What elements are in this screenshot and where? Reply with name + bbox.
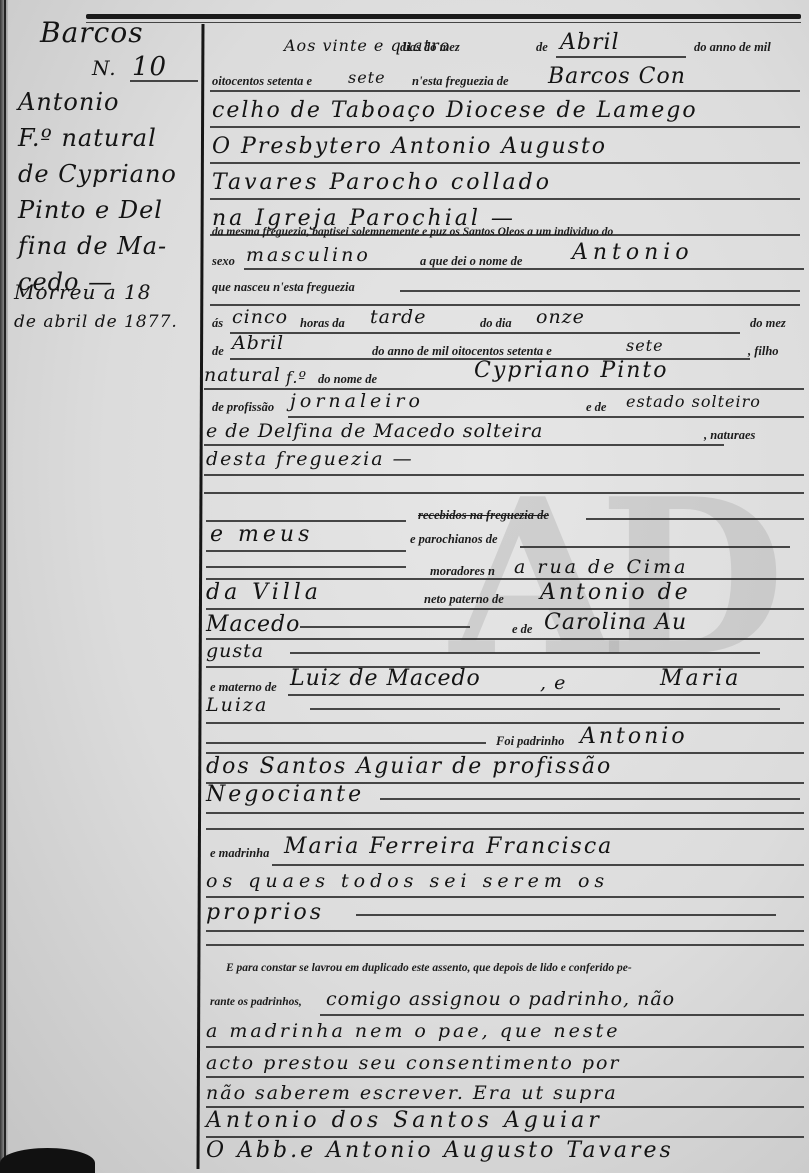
rule-23b: [206, 722, 804, 724]
top-border-thin-rule: [86, 22, 801, 23]
signing-statement-2: a madrinha nem o pae, que neste: [206, 1020, 621, 1042]
signing-statement-1: comigo assignou o padrinho, não: [326, 988, 675, 1010]
print-do-anno-de-mil: do anno de mil: [694, 40, 771, 55]
print-oitocentos: oitocentos setenta e: [212, 74, 312, 89]
concelho-diocese: celho de Taboaço Diocese de Lamego: [212, 98, 698, 123]
rule-19: [206, 608, 804, 610]
print-foi-padrinho: Foi padrinho: [496, 734, 564, 749]
period-written: tarde: [370, 306, 426, 328]
rule-10: [230, 332, 740, 334]
print-de-profissao: de profissão: [212, 400, 274, 415]
rule-14: [204, 444, 724, 446]
rule-15b: [204, 492, 804, 494]
print-do-mez: do mez: [750, 316, 786, 331]
rule-24a: [206, 742, 486, 744]
rule-17c: [206, 566, 406, 568]
day-of-birth-written: onze: [536, 306, 585, 328]
print-moradores: moradores n: [430, 564, 495, 579]
print-de-2: de: [212, 344, 224, 359]
print-anno-setenta: do anno de mil oitocentos setenta e: [372, 344, 552, 359]
paternal-grandmother-written: Carolina Au: [544, 610, 687, 635]
rule-17a: [206, 550, 406, 552]
month-of-birth-written: Abril: [232, 332, 284, 354]
signing-statement-4: não saberem escrever. Era ut supra: [206, 1082, 618, 1104]
residence-written: a rua de Cima: [514, 556, 688, 578]
rule-17b: [520, 546, 790, 548]
rule-2: [210, 90, 800, 92]
maternal-grandmother-cont: Luiza: [206, 694, 268, 716]
priest-signature: O Abb.e Antonio Augusto Tavares: [206, 1138, 674, 1163]
godfather-cont-written: dos Santos Aguiar de profissão: [206, 754, 612, 779]
rule-9b: [210, 304, 800, 306]
rule-16b: [586, 518, 804, 520]
print-as: ás: [212, 316, 223, 331]
natural-written: natural: [204, 364, 281, 386]
margin-line-3: de Cypriano: [18, 160, 177, 188]
print-sexo: sexo: [212, 254, 235, 269]
rule-23a: [310, 708, 780, 710]
rule-21a: [290, 652, 760, 654]
month-line: [556, 56, 686, 58]
print-naturaes: , naturaes: [704, 428, 755, 443]
godmother-written: Maria Ferreira Francisca: [284, 834, 613, 859]
residence-cont-written: da Villa: [206, 580, 322, 605]
paternal-grandfather-written: Antonio de: [540, 580, 691, 605]
rule-22: [288, 694, 804, 696]
document-page: AD Barcos N. 10 Antonio F.º natural de C…: [0, 0, 809, 1173]
rule-29b: [206, 930, 804, 932]
print-que-nasceu: que nasceu n'esta freguezia: [212, 280, 355, 295]
entry-number-label: N.: [92, 56, 117, 80]
margin-column-rule: [197, 24, 205, 1169]
paternal-grandmother-cont: gusta: [206, 640, 264, 662]
print-do-nome-de: do nome de: [318, 372, 377, 387]
maternal-grandfather-written: Luiz de Macedo: [290, 666, 481, 691]
rule-29c: [206, 944, 804, 946]
rule-8: [244, 268, 804, 270]
print-closing-formula: E para constar se lavrou em duplicado es…: [226, 962, 632, 974]
rule-9a: [400, 290, 800, 292]
print-nesta-freguezia: n'esta freguezia de: [412, 74, 509, 89]
paternal-grandfather-cont: Macedo: [206, 612, 300, 637]
identity-statement-written: os quaes todos sei serem os: [206, 870, 609, 892]
print-e-madrinha: e madrinha: [210, 846, 269, 861]
rule-31: [320, 1014, 804, 1016]
rule-20: [206, 638, 804, 640]
identity-statement-cont: proprios: [206, 900, 324, 925]
print-perante-os-padrinhos: rante os padrinhos,: [210, 996, 302, 1008]
print-e-de-2: e de: [512, 622, 532, 637]
rule-4: [210, 162, 800, 164]
rule-26a: [380, 798, 800, 800]
entry-number: 10: [132, 52, 167, 82]
e-meus-written: e meus: [210, 522, 313, 547]
print-e-materno-de: e materno de: [210, 680, 277, 695]
filho-abbrev: f.º: [286, 368, 307, 387]
rule-3: [210, 126, 800, 128]
margin-line-4: Pinto e Del: [18, 196, 163, 224]
print-dias-do-mez: dias do mez: [400, 40, 460, 55]
priest-name-2: Tavares Parocho collado: [212, 170, 552, 195]
signing-statement-3: acto prestou seu consentimento por: [206, 1052, 621, 1074]
mother-name-written: e de Delfina de Macedo solteira: [206, 420, 543, 442]
margin-line-5: fina de Ma-: [18, 232, 167, 260]
rule-15: [204, 474, 804, 476]
hour-written: cinco: [232, 306, 288, 328]
print-neto-paterno: neto paterno de: [424, 592, 504, 607]
print-filho: , filho: [748, 344, 779, 359]
print-baptism-formula: da mesma freguezia, baptisei solemnement…: [212, 226, 613, 238]
naturaes-place-written: desta freguezia —: [206, 448, 414, 470]
rule-29a: [356, 914, 776, 916]
parish-written: Barcos Con: [548, 64, 686, 89]
death-note-line-1: Morreu a 18: [14, 280, 151, 304]
godfather-written: Antonio: [580, 724, 688, 749]
print-horas-da: horas da: [300, 316, 345, 331]
rule-28: [206, 896, 804, 898]
print-parochianos-de: e parochianos de: [410, 532, 498, 547]
margin-parish: Barcos: [40, 16, 144, 49]
rule-27: [272, 864, 804, 866]
scan-corner-shadow: [0, 1148, 95, 1173]
rule-5: [210, 198, 800, 200]
print-recebidos-struck: recebidos na freguezia de: [418, 508, 549, 523]
print-do-dia: do dia: [480, 316, 512, 331]
godfather-profession-written: Negociante: [206, 782, 364, 807]
godfather-signature: Antonio dos Santos Aguiar: [206, 1108, 603, 1133]
rule-33: [206, 1076, 804, 1078]
priest-name-1: O Presbytero Antonio Augusto: [212, 134, 607, 159]
left-border-rule: [4, 0, 6, 1173]
print-e-de: e de: [586, 400, 606, 415]
rule-26b: [206, 812, 804, 814]
father-profession-written: jornaleiro: [290, 390, 424, 412]
child-name-written: Antonio: [572, 240, 694, 265]
year-written: sete: [348, 68, 386, 87]
rule-26c: [206, 828, 804, 830]
death-note-line-2: de abril de 1877.: [14, 312, 178, 332]
father-name-written: Cypriano Pinto: [474, 358, 669, 383]
sex-written: masculino: [246, 244, 371, 266]
top-border-rule: [86, 14, 801, 19]
maternal-grandmother-written: Maria: [660, 666, 741, 691]
print-de: de: [536, 40, 548, 55]
entry-number-underline: [130, 80, 198, 82]
month-written: Abril: [560, 30, 620, 55]
rule-13: [288, 416, 804, 418]
year-of-birth-written: sete: [626, 336, 664, 355]
maternal-join: , e: [540, 672, 566, 694]
arrow-dash: [300, 626, 470, 628]
print-a-que-dei: a que dei o nome de: [420, 254, 522, 269]
father-status-written: estado solteiro: [626, 392, 761, 411]
rule-32: [206, 1046, 804, 1048]
margin-line-2: F.º natural: [18, 124, 157, 152]
margin-line-1: Antonio: [18, 88, 119, 116]
